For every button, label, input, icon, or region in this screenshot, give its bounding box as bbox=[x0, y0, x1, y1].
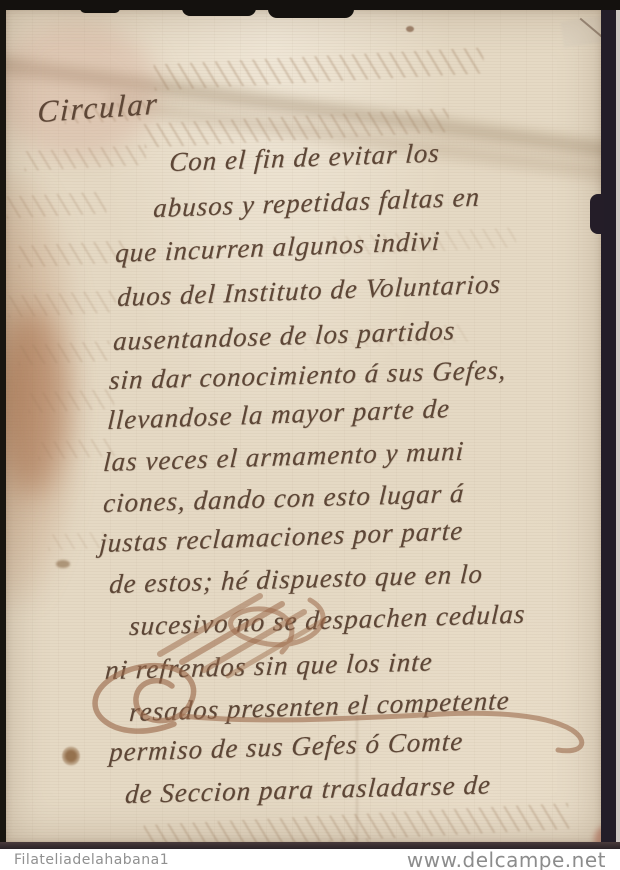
bleedthrough-text bbox=[304, 324, 470, 351]
paper-sheet: Circular Con el fin de evitar los abusos… bbox=[6, 10, 601, 842]
manuscript-line: de Seccion para trasladarse de bbox=[124, 771, 491, 808]
bleedthrough-text bbox=[5, 191, 106, 218]
bleedthrough-text bbox=[18, 341, 111, 366]
bleedthrough-text bbox=[7, 290, 116, 318]
manuscript-line: abusos y repetidas faltas en bbox=[153, 184, 481, 222]
bleedthrough-text bbox=[28, 389, 115, 413]
left-edge-rust-stain bbox=[0, 310, 68, 495]
manuscript-line: sucesivo no se despachen cedulas bbox=[128, 601, 526, 641]
corner-stain bbox=[0, 22, 159, 157]
manuscript-line: justas reclamaciones por parte bbox=[99, 517, 464, 557]
signature-rubric bbox=[42, 566, 617, 761]
photo-border-left bbox=[0, 0, 6, 849]
bleedthrough-text bbox=[154, 47, 485, 90]
photo-edge-sliver bbox=[616, 0, 620, 849]
left-edge-rust-stain bbox=[0, 175, 81, 605]
diagonal-stain-band bbox=[108, 95, 620, 189]
ink-spot bbox=[62, 746, 80, 766]
bleedthrough-text bbox=[48, 531, 111, 550]
diagonal-stain-band bbox=[0, 49, 620, 176]
manuscript-line: ausentandose de los partidos bbox=[112, 317, 456, 355]
manuscript-line: resados presenten el competente bbox=[128, 687, 510, 726]
bleedthrough-text bbox=[144, 108, 450, 148]
manuscript-line: duos del Instituto de Voluntarios bbox=[117, 271, 502, 311]
ink-speck bbox=[406, 26, 414, 32]
manuscript-line: sin dar conocimiento á sus Gefes, bbox=[108, 357, 507, 394]
bleedthrough-text bbox=[64, 102, 149, 124]
manuscript-line: que incurren algunos indivi bbox=[115, 228, 441, 268]
manuscript-heading: Circular bbox=[37, 88, 159, 128]
manuscript-line: Con el fin de evitar los bbox=[169, 140, 441, 177]
bleedthrough-text bbox=[18, 240, 131, 268]
manuscript-line: llevandose la mayor parte de bbox=[107, 395, 451, 434]
watermark-bar: Filateliadelahabana1 www.delcampe.net bbox=[0, 849, 620, 870]
border-irregularity bbox=[80, 8, 120, 13]
manuscript-line: permiso de sus Gefes ó Comte bbox=[108, 728, 464, 766]
ink-speck bbox=[56, 560, 70, 568]
manuscript-line: de estos; hé dispuesto que en lo bbox=[108, 561, 483, 598]
border-irregularity bbox=[182, 8, 256, 16]
photo-border-right bbox=[601, 0, 616, 849]
site-watermark: www.delcampe.net bbox=[407, 848, 606, 870]
manuscript-line: ciones, dando con esto lugar á bbox=[102, 480, 465, 517]
seller-watermark: Filateliadelahabana1 bbox=[14, 852, 169, 868]
manuscript-line: ni refrendos sin que los inte bbox=[104, 648, 433, 684]
border-irregularity bbox=[268, 8, 354, 18]
bleedthrough-text bbox=[331, 227, 517, 257]
bleedthrough-text bbox=[24, 145, 147, 171]
manuscript-line: las veces el armamento y muni bbox=[102, 438, 465, 476]
bleedthrough-text bbox=[38, 438, 117, 460]
document-scan: Circular Con el fin de evitar los abusos… bbox=[0, 0, 620, 849]
fold-crease bbox=[356, 700, 358, 849]
